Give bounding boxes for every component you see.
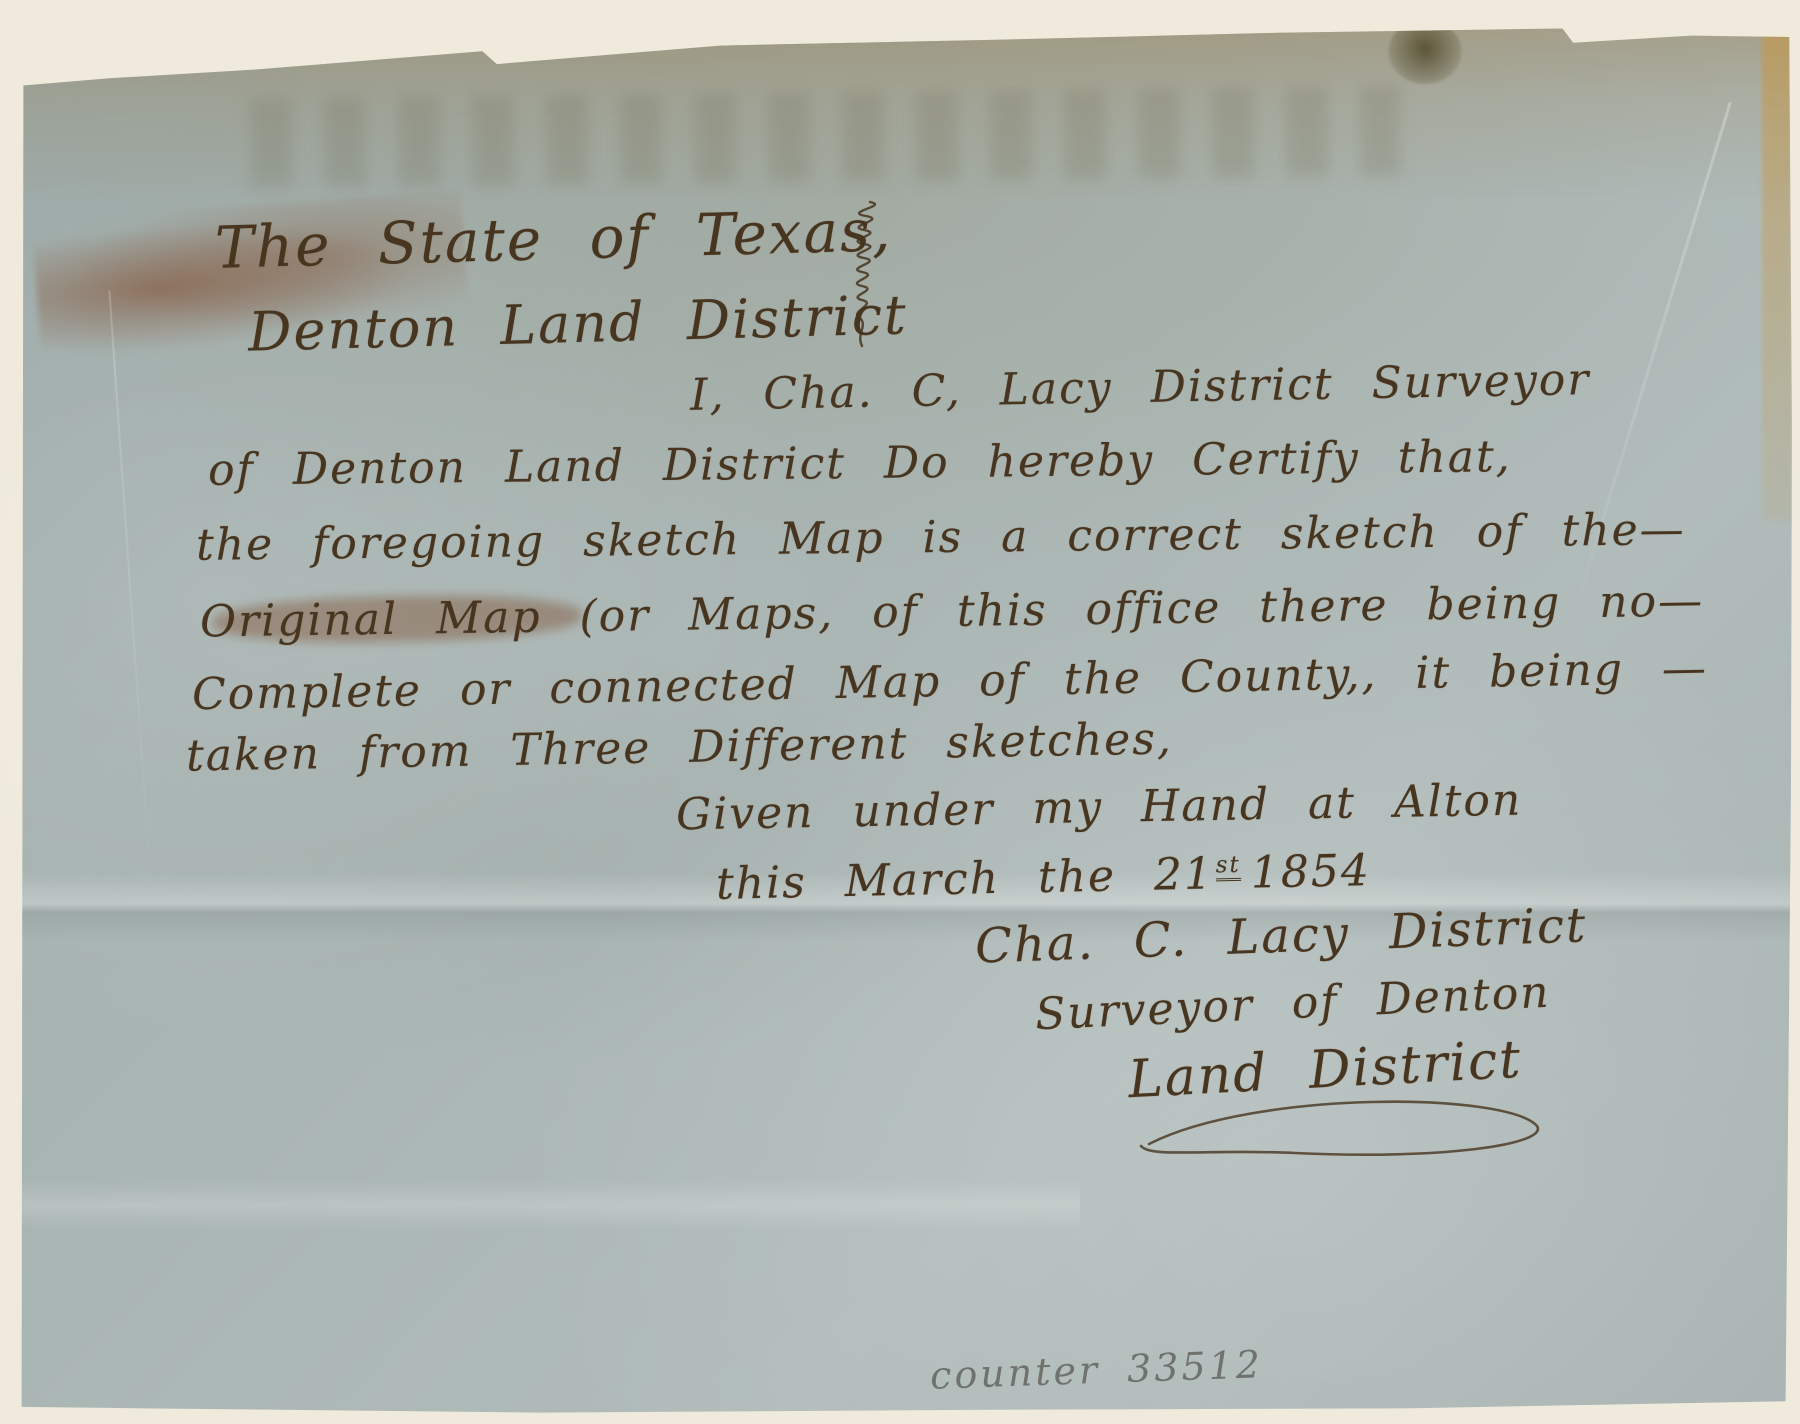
scanner-mat: The State of Texas, Denton Land District… (0, 0, 1800, 1424)
crease-left (108, 291, 153, 910)
date-year: 1854 (1250, 845, 1371, 899)
stain-right-edge (1762, 0, 1792, 520)
heading-district: Denton Land District (247, 283, 908, 363)
date-prefix: this March the 21 (716, 848, 1215, 909)
closing-line: Given under my Hand at Alton (676, 775, 1523, 841)
stain-top-edge (0, 0, 1800, 200)
body-line-3: the foregoing sketch Map is a correct sk… (196, 504, 1686, 571)
body-line-6: taken from Three Different sketches, (186, 713, 1174, 781)
signature-title-1: Surveyor of Denton (1034, 967, 1551, 1040)
fold-line-lower (0, 1180, 1080, 1230)
signature-name: Cha. C. Lacy District (974, 897, 1588, 974)
body-line-1: I, Cha. C, Lacy District Surveyor (690, 354, 1591, 421)
date-ordinal: st (1216, 852, 1242, 882)
pencil-annotation: counter 33512 (929, 1342, 1263, 1398)
body-line-4: Original Map (or Maps, of this office th… (200, 576, 1705, 648)
body-line-5: Complete or connected Map of the County,… (192, 643, 1709, 720)
stain-blob-top-right (1388, 20, 1462, 84)
crease-right (1565, 102, 1732, 638)
signature-flourish-icon (1135, 1098, 1575, 1188)
signature-title-2: Land District (1127, 1030, 1524, 1111)
date-line: this March the 21st1854 (716, 845, 1372, 910)
ink-bleed-ghost (250, 86, 1401, 188)
document-paper: The State of Texas, Denton Land District… (0, 0, 1800, 1424)
heading-state: The State of Texas, (214, 196, 893, 282)
body-line-2: of Denton Land District Do hereby Certif… (208, 431, 1512, 496)
